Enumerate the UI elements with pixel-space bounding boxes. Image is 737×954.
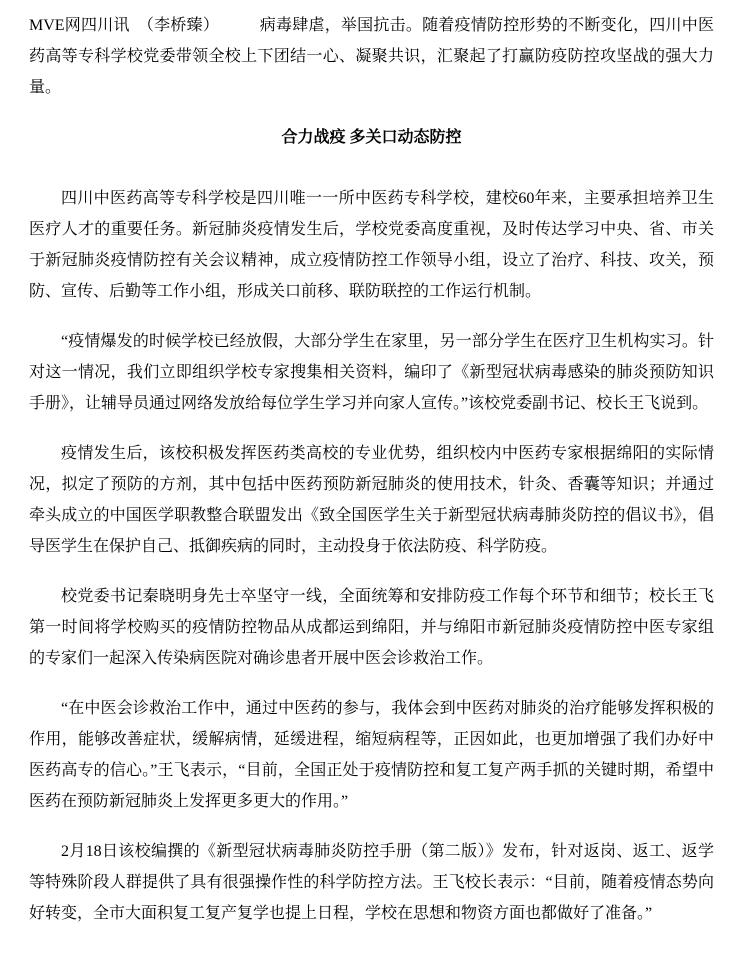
body-paragraph-3: 疫情发生后，该校积极发挥医药类高校的专业优势，组织校内中医药专家根据绵阳的实际情… (29, 438, 714, 562)
lead-paragraph: MVE网四川讯 （李桥臻） 病毒肆虐，举国抗击。随着疫情防控形势的不断变化，四川… (29, 10, 714, 103)
body-paragraph-2: “疫情爆发的时候学校已经放假，大部分学生在家里，另一部分学生在医疗卫生机构实习。… (29, 326, 714, 419)
body-paragraph-4: 校党委书记秦晓明身先士卒坚守一线，全面统筹和安排防疫工作每个环节和细节；校长王飞… (29, 581, 714, 674)
article-page: MVE网四川讯 （李桥臻） 病毒肆虐，举国抗击。随着疫情防控形势的不断变化，四川… (0, 0, 737, 954)
body-paragraph-5: “在中医会诊救治工作中，通过中医药的参与，我体会到中医药对肺炎的治疗能够发挥积极… (29, 693, 714, 817)
body-paragraph-1: 四川中医药高等专科学校是四川唯一一所中医药专科学校，建校60年来，主要承担培养卫… (29, 183, 714, 307)
body-paragraph-6: 2月18日该校编撰的《新型冠状病毒肺炎防控手册（第二版）》发布，针对返岗、返工、… (29, 836, 714, 929)
section-heading: 合力战疫 多关口动态防控 (29, 122, 714, 153)
